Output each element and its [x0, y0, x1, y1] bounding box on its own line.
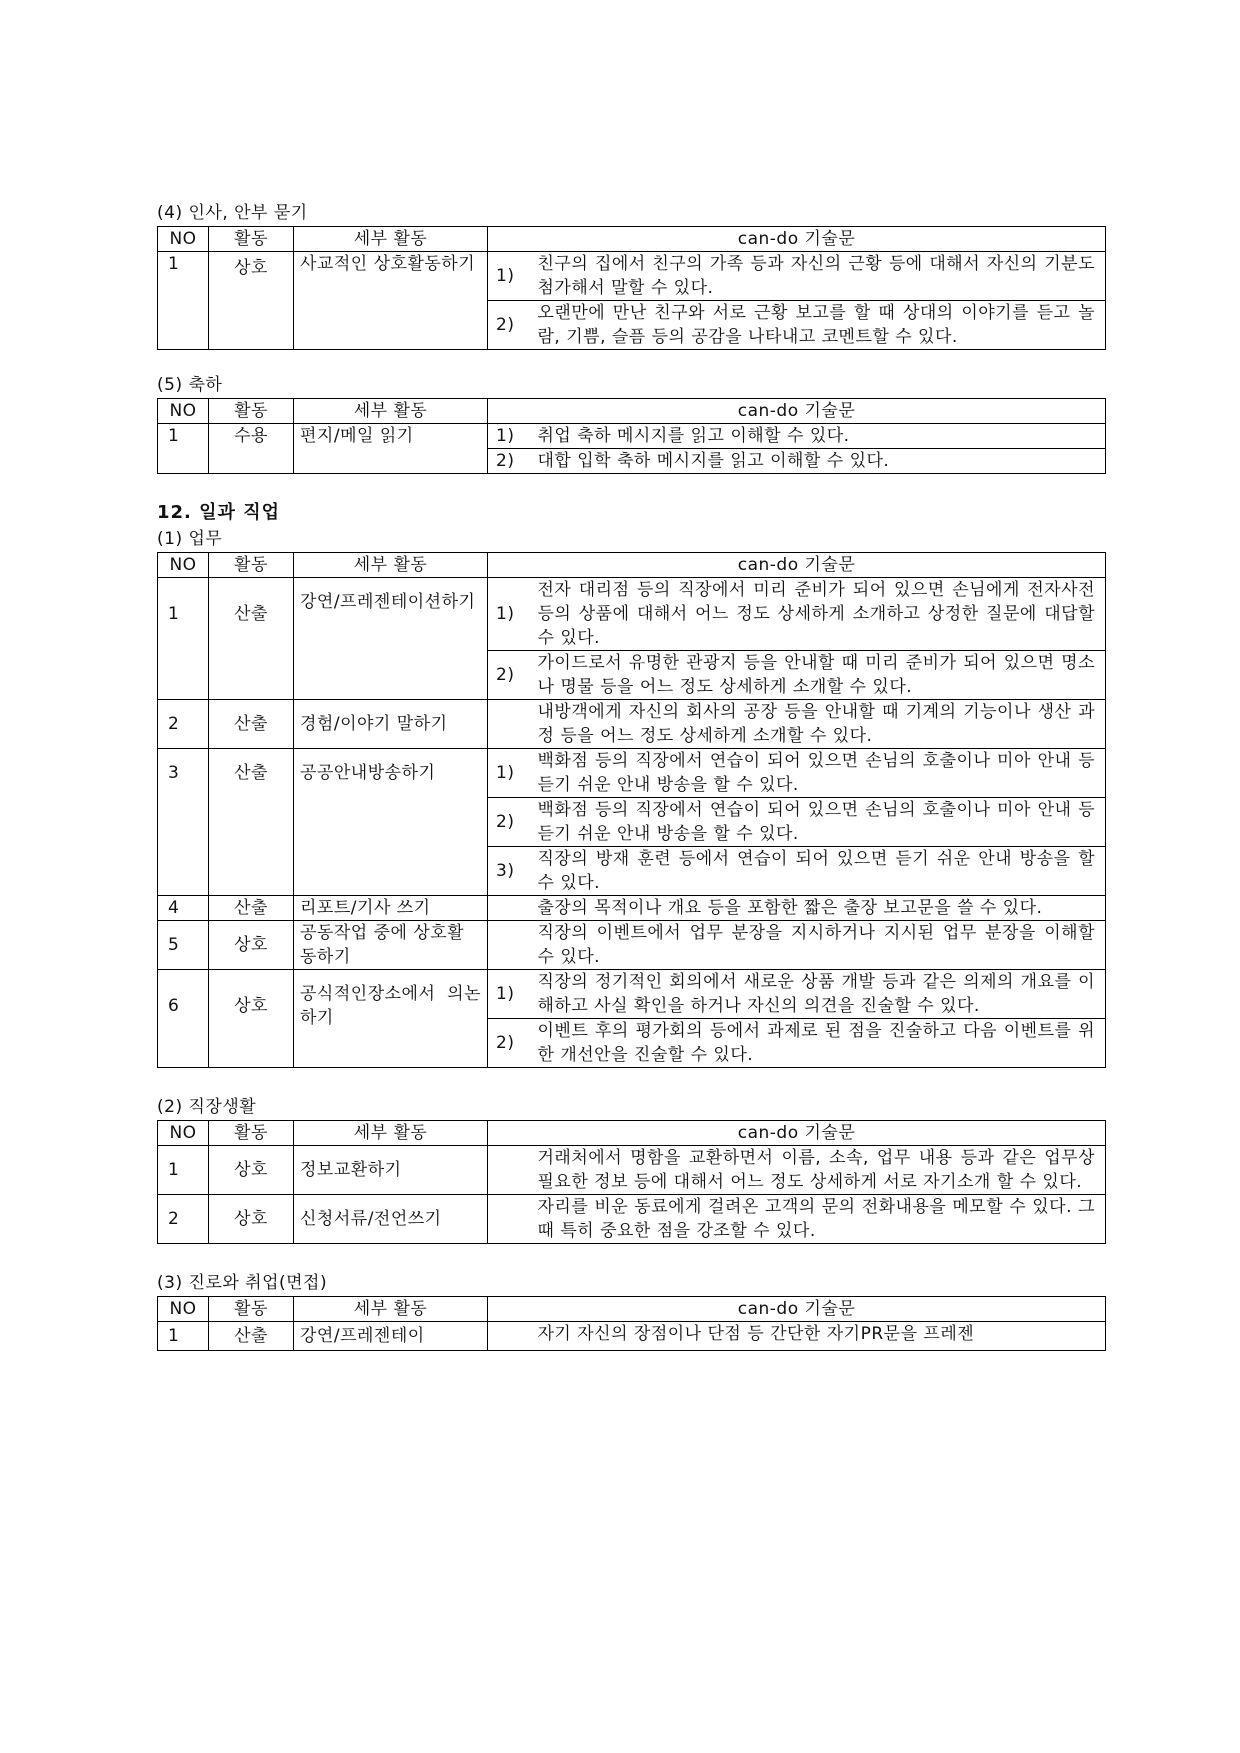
row-activity: 산출	[209, 896, 294, 921]
header-no: NO	[158, 553, 209, 578]
item-number: 2)	[488, 651, 532, 700]
item-text: 백화점 등의 직장에서 연습이 되어 있으면 손님의 호출이나 미아 안내 등 …	[532, 798, 1106, 847]
item-number	[488, 896, 532, 921]
section-caption: (4) 인사, 안부 묻기	[157, 200, 1105, 226]
item-text: 친구의 집에서 친구의 가족 등과 자신의 근황 등에 대해서 자신의 기분도 …	[532, 252, 1106, 301]
row-activity: 상호	[209, 1195, 294, 1244]
item-text: 직장의 이벤트에서 업무 분장을 지시하거나 지시된 업무 분장을 이해할 수 …	[532, 921, 1106, 970]
row-detail: 공동작업 중에 상호활동하기	[294, 921, 488, 970]
row-no: 2	[158, 700, 209, 749]
document-page: (4) 인사, 안부 묻기 NO 활동 세부 활동 can-do 기술문 1 상…	[157, 200, 1105, 1351]
header-no: NO	[158, 1121, 209, 1146]
item-number: 2)	[488, 449, 532, 474]
table-row: 1 수용 편지/메일 읽기 1) 취업 축하 메시지를 읽고 이해할 수 있다.	[158, 424, 1106, 449]
item-number	[488, 1195, 532, 1244]
row-detail: 공식적인장소에서 의논하기	[294, 970, 488, 1068]
section-caption: (1) 업무	[157, 526, 1105, 552]
header-cando: can-do 기술문	[488, 553, 1106, 578]
section-caption: (2) 직장생활	[157, 1094, 1105, 1120]
item-text: 출장의 목적이나 개요 등을 포함한 짧은 출장 보고문을 쓸 수 있다.	[532, 896, 1106, 921]
header-detail: 세부 활동	[294, 227, 488, 252]
header-cando: can-do 기술문	[488, 1121, 1106, 1146]
table-row: 6 상호 공식적인장소에서 의논하기 1) 직장의 정기적인 회의에서 새로운 …	[158, 970, 1106, 1019]
row-activity: 산출	[209, 578, 294, 700]
header-detail: 세부 활동	[294, 399, 488, 424]
item-text: 이벤트 후의 평가회의 등에서 과제로 된 점을 진술하고 다음 이벤트를 위한…	[532, 1019, 1106, 1068]
row-detail: 사교적인 상호활동하기	[294, 252, 488, 350]
row-detail: 리포트/기사 쓰기	[294, 896, 488, 921]
row-detail: 신청서류/전언쓰기	[294, 1195, 488, 1244]
row-activity: 상호	[209, 921, 294, 970]
header-no: NO	[158, 227, 209, 252]
row-no: 2	[158, 1195, 209, 1244]
table-row: 2 산출 경험/이야기 말하기 내방객에게 자신의 회사의 공장 등을 안내할 …	[158, 700, 1106, 749]
row-detail: 정보교환하기	[294, 1146, 488, 1195]
header-detail: 세부 활동	[294, 1297, 488, 1322]
header-cando: can-do 기술문	[488, 1297, 1106, 1322]
header-no: NO	[158, 1297, 209, 1322]
item-text: 직장의 방재 훈련 등에서 연습이 되어 있으면 듣기 쉬운 안내 방송을 할 …	[532, 847, 1106, 896]
row-detail: 강연/프레젠테이션하기	[294, 578, 488, 700]
table-row: 1 산출 강연/프레젠테이션하기 1) 전자 대리점 등의 직장에서 미리 준비…	[158, 578, 1106, 651]
item-text: 거래처에서 명함을 교환하면서 이름, 소속, 업무 내용 등과 같은 업무상 …	[532, 1146, 1106, 1195]
item-text: 내방객에게 자신의 회사의 공장 등을 안내할 때 기계의 기능이나 생산 과정…	[532, 700, 1106, 749]
row-activity: 상호	[209, 970, 294, 1068]
row-activity: 상호	[209, 1146, 294, 1195]
item-number: 2)	[488, 301, 532, 350]
row-no: 1	[158, 578, 209, 700]
row-no: 3	[158, 749, 209, 896]
item-number: 1)	[488, 424, 532, 449]
cando-table-worklife: NO 활동 세부 활동 can-do 기술문 1 상호 정보교환하기 거래처에서…	[157, 1120, 1106, 1244]
table-row: 2 상호 신청서류/전언쓰기 자리를 비운 동료에게 걸려온 고객의 문의 전화…	[158, 1195, 1106, 1244]
item-number: 1)	[488, 749, 532, 798]
item-number: 3)	[488, 847, 532, 896]
item-number: 1)	[488, 578, 532, 651]
item-number	[488, 1146, 532, 1195]
row-activity: 수용	[209, 424, 294, 474]
row-activity: 산출	[209, 1322, 294, 1351]
table-row: 4 산출 리포트/기사 쓰기 출장의 목적이나 개요 등을 포함한 짧은 출장 …	[158, 896, 1106, 921]
item-text: 자리를 비운 동료에게 걸려온 고객의 문의 전화내용을 메모할 수 있다. 그…	[532, 1195, 1106, 1244]
chapter-title: 12. 일과 직업	[157, 500, 1105, 526]
item-text: 대합 입학 축하 메시지를 읽고 이해할 수 있다.	[532, 449, 1106, 474]
table-row: 3 산출 공공안내방송하기 1) 백화점 등의 직장에서 연습이 되어 있으면 …	[158, 749, 1106, 798]
item-text: 전자 대리점 등의 직장에서 미리 준비가 되어 있으면 손님에게 전자사전 등…	[532, 578, 1106, 651]
item-number	[488, 1322, 532, 1351]
row-no: 1	[158, 1146, 209, 1195]
row-detail: 편지/메일 읽기	[294, 424, 488, 474]
table-row: 5 상호 공동작업 중에 상호활동하기 직장의 이벤트에서 업무 분장을 지시하…	[158, 921, 1106, 970]
row-no: 1	[158, 252, 209, 350]
table-row: 1 상호 정보교환하기 거래처에서 명함을 교환하면서 이름, 소속, 업무 내…	[158, 1146, 1106, 1195]
row-no: 5	[158, 921, 209, 970]
row-no: 6	[158, 970, 209, 1068]
header-cando: can-do 기술문	[488, 227, 1106, 252]
item-number: 1)	[488, 252, 532, 301]
item-text: 가이드로서 유명한 관광지 등을 안내할 때 미리 준비가 되어 있으면 명소나…	[532, 651, 1106, 700]
table-row: 1 산출 강연/프레젠테이 자기 자신의 장점이나 단점 등 간단한 자기PR문…	[158, 1322, 1106, 1351]
header-activity: 활동	[209, 1297, 294, 1322]
table-header-row: NO 활동 세부 활동 can-do 기술문	[158, 1297, 1106, 1322]
item-text: 오랜만에 만난 친구와 서로 근황 보고를 할 때 상대의 이야기를 듣고 놀람…	[532, 301, 1106, 350]
item-text: 백화점 등의 직장에서 연습이 되어 있으면 손님의 호출이나 미아 안내 등 …	[532, 749, 1106, 798]
row-no: 4	[158, 896, 209, 921]
item-number	[488, 921, 532, 970]
row-no: 1	[158, 1322, 209, 1351]
table-header-row: NO 활동 세부 활동 can-do 기술문	[158, 1121, 1106, 1146]
header-activity: 활동	[209, 1121, 294, 1146]
row-no: 1	[158, 424, 209, 474]
table-row: 1 상호 사교적인 상호활동하기 1) 친구의 집에서 친구의 가족 등과 자신…	[158, 252, 1106, 301]
item-number: 2)	[488, 1019, 532, 1068]
item-number	[488, 700, 532, 749]
cando-table-congratulations: NO 활동 세부 활동 can-do 기술문 1 수용 편지/메일 읽기 1) …	[157, 398, 1106, 474]
row-activity: 상호	[209, 252, 294, 350]
row-detail: 공공안내방송하기	[294, 749, 488, 896]
section-caption: (5) 축하	[157, 372, 1105, 398]
header-detail: 세부 활동	[294, 1121, 488, 1146]
header-no: NO	[158, 399, 209, 424]
row-activity: 산출	[209, 700, 294, 749]
row-activity: 산출	[209, 749, 294, 896]
cando-table-work: NO 활동 세부 활동 can-do 기술문 1 산출 강연/프레젠테이션하기 …	[157, 552, 1106, 1068]
item-text: 자기 자신의 장점이나 단점 등 간단한 자기PR문을 프레젠	[532, 1322, 1106, 1351]
header-activity: 활동	[209, 399, 294, 424]
header-cando: can-do 기술문	[488, 399, 1106, 424]
cando-table-career: NO 활동 세부 활동 can-do 기술문 1 산출 강연/프레젠테이 자기 …	[157, 1296, 1106, 1351]
row-detail: 경험/이야기 말하기	[294, 700, 488, 749]
header-activity: 활동	[209, 227, 294, 252]
section-caption: (3) 진로와 취업(면접)	[157, 1270, 1105, 1296]
table-header-row: NO 활동 세부 활동 can-do 기술문	[158, 553, 1106, 578]
header-activity: 활동	[209, 553, 294, 578]
table-header-row: NO 활동 세부 활동 can-do 기술문	[158, 227, 1106, 252]
table-header-row: NO 활동 세부 활동 can-do 기술문	[158, 399, 1106, 424]
item-number: 1)	[488, 970, 532, 1019]
cando-table-greetings: NO 활동 세부 활동 can-do 기술문 1 상호 사교적인 상호활동하기 …	[157, 226, 1106, 350]
item-text: 취업 축하 메시지를 읽고 이해할 수 있다.	[532, 424, 1106, 449]
item-text: 직장의 정기적인 회의에서 새로운 상품 개발 등과 같은 의제의 개요를 이해…	[532, 970, 1106, 1019]
item-number: 2)	[488, 798, 532, 847]
header-detail: 세부 활동	[294, 553, 488, 578]
row-detail: 강연/프레젠테이	[294, 1322, 488, 1351]
